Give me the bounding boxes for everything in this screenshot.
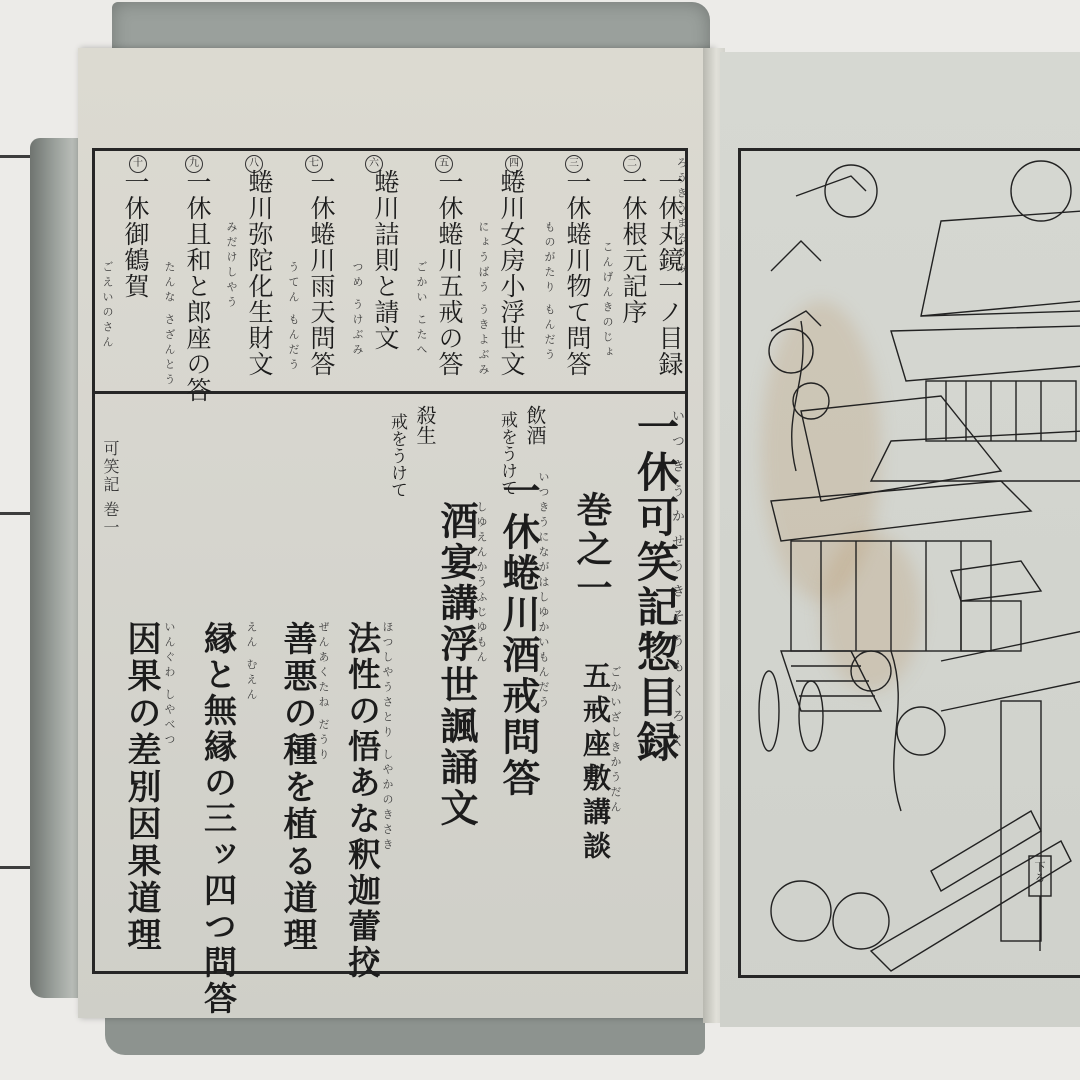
toc-ruby: ごえいのさん <box>99 261 115 351</box>
toc-entry: 蜷川詰則と請文 <box>367 169 403 351</box>
column-ruby: ぜんあくたね だうり <box>315 621 331 764</box>
column-ruby: いつきうにながはしゆかいもんだう <box>535 471 551 711</box>
toc-ruby: にょうばう うきよぶみ <box>475 221 491 379</box>
text-frame: 二 一休丸鏡一ノ目録 ろうきうまろうみ 一休根元記序 こんげんきのじょ 三 一休… <box>92 148 688 974</box>
toc-entry: 一休蜷川雨天問答 <box>303 169 339 377</box>
column-ruby: ごかいざしきかうだん <box>607 666 623 816</box>
main-column: 因果の差別因果道理 <box>117 621 166 954</box>
toc-entry: 一休蜷川物て問答 <box>559 169 595 377</box>
toc-ruby: たんな さざんとう <box>161 261 177 389</box>
toc-ruby: つめ うけぶみ <box>349 261 365 359</box>
side-note-text: 戒をうけて <box>385 413 410 498</box>
toc-ruby: ごかい こたへ <box>413 261 429 359</box>
column-ruby: しゆえんかうふじゆもん <box>473 501 489 666</box>
toc-entry: 一休根元記序 <box>615 169 651 325</box>
main-column: 縁と無縁の三ッ四つ問答 <box>195 621 242 1017</box>
toc-entry: 蜷川女房小浮世文 <box>493 169 529 377</box>
column-ruby: ほつしやうさとり しやかのきさき <box>379 621 395 854</box>
side-note-heading: 殺生 <box>411 405 440 445</box>
toc-entry: 一休蜷川五戒の答 <box>431 169 467 377</box>
toc-ruby: こんげんきのじょ <box>599 241 615 361</box>
signpost-text: 下る <box>1031 861 1047 883</box>
column-ruby: いんぐわ しやべつ <box>161 621 177 749</box>
toc-ruby: みだけしやう <box>223 221 239 311</box>
temple-illustration <box>741 151 1080 975</box>
column-ruby: えん むえん <box>243 621 259 704</box>
side-note-heading: 飲酒 <box>521 405 550 445</box>
toc-ruby: うてん もんだう <box>285 261 301 374</box>
toc-entry: 蜷川弥陀化生財文 <box>241 169 277 377</box>
toc-ruby: ろうきうまろうみ <box>673 157 689 277</box>
toc-entry: 一休且和と郎座の答 <box>179 169 215 403</box>
title-ruby: いつきうかせうきそうもくろく <box>667 409 686 759</box>
illustration-frame: 下る <box>738 148 1080 978</box>
toc-ruby: ものがたり もんだう <box>541 221 557 364</box>
toc-entry: 一休御鶴賀 <box>117 169 153 299</box>
volume-label: 巻之一 <box>567 491 618 608</box>
